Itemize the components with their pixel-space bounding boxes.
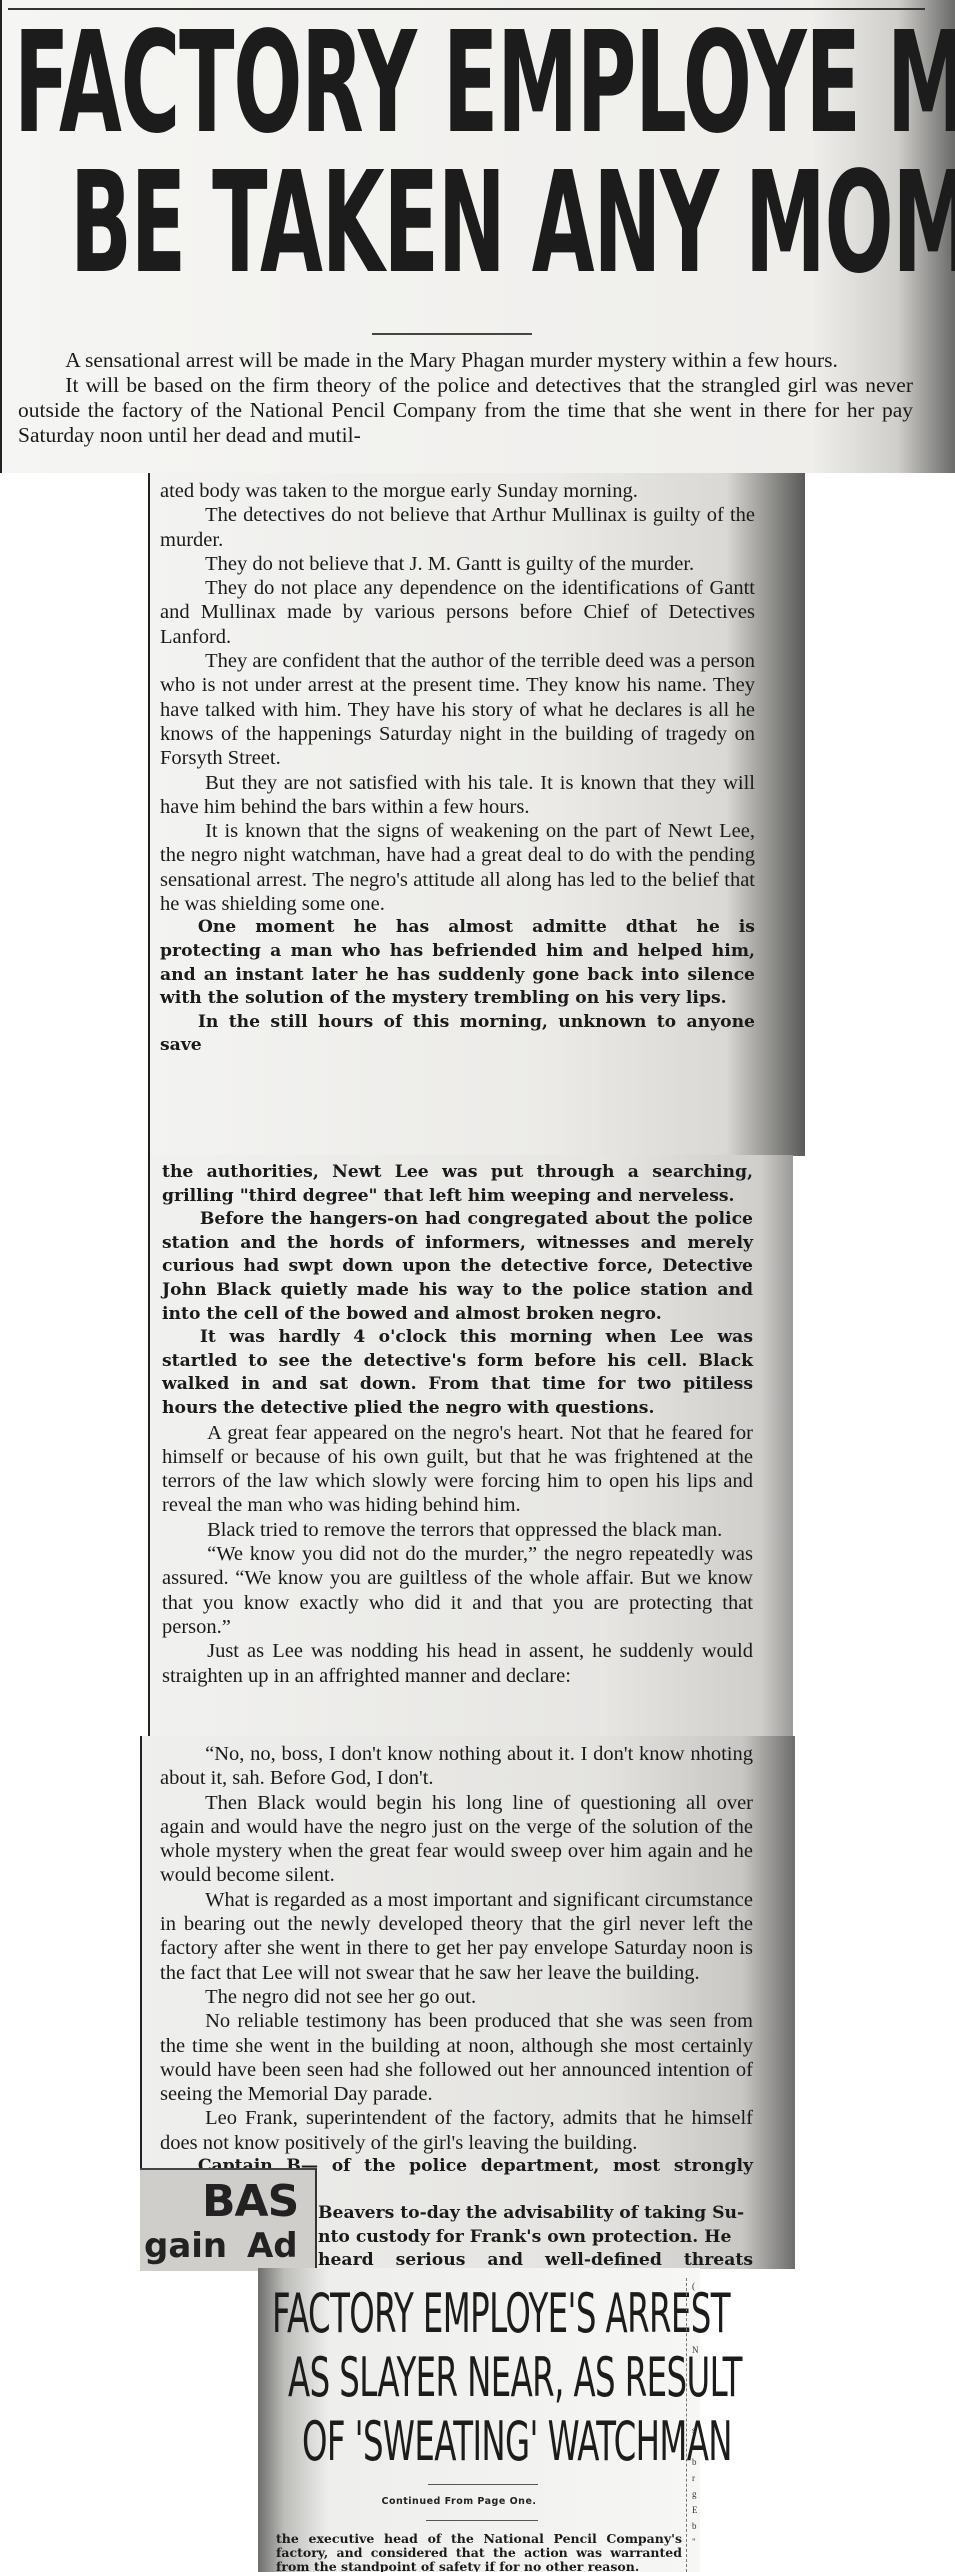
clipping-continued: FACTORY EMPLOYE'S ARREST AS SLAYER NEAR,… bbox=[258, 2268, 700, 2572]
paragraph-bold-line: Beavers to-day the advisability of takin… bbox=[318, 2202, 753, 2226]
paragraph-bold: It was hardly 4 o'clock this morning whe… bbox=[162, 1326, 753, 1420]
paragraph: Just as Lee was nodding his head in asse… bbox=[162, 1639, 753, 1688]
column-rule bbox=[686, 2278, 687, 2572]
headline-divider bbox=[372, 333, 532, 335]
overlapping-ad-fragment: BAS gain Ad in bbox=[140, 2168, 317, 2271]
continued-headline-line-1: FACTORY EMPLOYE'S ARREST bbox=[272, 2282, 735, 2346]
continued-label: Continued From Page One. bbox=[258, 2496, 660, 2507]
paragraph: No reliable testimony has been produced … bbox=[160, 2009, 753, 2106]
column-2-bold-text: One moment he has almost admitte dthat h… bbox=[160, 916, 755, 1058]
paragraph: Black tried to remove the terrors that o… bbox=[162, 1518, 753, 1542]
paragraph: It is known that the signs of weakening … bbox=[160, 819, 755, 916]
paragraph: “We know you did not do the murder,” the… bbox=[162, 1542, 753, 1639]
paragraph-bold: the executive head of the National Penci… bbox=[276, 2532, 682, 2572]
paragraph: Then Black would begin his long line of … bbox=[160, 1791, 753, 1888]
headline-line-2: BE TAKEN ANY MOMENT bbox=[70, 154, 955, 294]
continued-text: the executive head of the National Penci… bbox=[276, 2532, 682, 2572]
clipping-column-3: the authorities, Newt Lee was put throug… bbox=[148, 1155, 793, 1737]
column-3-text: A great fear appeared on the negro's hea… bbox=[162, 1421, 753, 1688]
lead-paragraphs: A sensational arrest will be made in the… bbox=[18, 348, 913, 448]
paragraph: What is regarded as a most important and… bbox=[160, 1888, 753, 1985]
continued-headline-line-3: OF 'SWEATING' WATCHMAN bbox=[302, 2410, 747, 2474]
paragraph: A great fear appeared on the negro's hea… bbox=[162, 1421, 753, 1518]
divider-rule bbox=[428, 2484, 538, 2485]
column-3-bold-text: the authorities, Newt Lee was put throug… bbox=[162, 1161, 753, 1421]
paragraph-bold: Before the hangers-on had congregated ab… bbox=[162, 1208, 753, 1326]
headline-line-1: FACTORY EMPLOYE MAY bbox=[14, 14, 955, 154]
clipping-column-2: ated body was taken to the morgue early … bbox=[148, 473, 805, 1156]
paragraph-bold-line: nto custody for Frank's own protection. … bbox=[318, 2226, 753, 2250]
adjacent-column-fragment: ( N s b r g E b " bbox=[692, 2278, 699, 2550]
paragraph-bold: One moment he has almost admitte dthat h… bbox=[160, 916, 755, 1010]
column-2-text: ated body was taken to the morgue early … bbox=[160, 479, 755, 916]
paragraph: They do not place any dependence on the … bbox=[160, 576, 755, 649]
paragraph: Leo Frank, superintendent of the factory… bbox=[160, 2106, 753, 2155]
clipping-main-headline: FACTORY EMPLOYE MAY BE TAKEN ANY MOMENT … bbox=[0, 0, 955, 473]
paragraph: They are confident that the author of th… bbox=[160, 649, 755, 770]
column-4-text: “No, no, boss, I don't know nothing abou… bbox=[160, 1742, 753, 2155]
paragraph: “No, no, boss, I don't know nothing abou… bbox=[160, 1742, 753, 1791]
divider-rule bbox=[426, 2520, 538, 2521]
paragraph: The negro did not see her go out. bbox=[160, 1985, 753, 2009]
paragraph: But they are not satisfied with his tale… bbox=[160, 771, 755, 820]
paragraph: The detectives do not believe that Arthu… bbox=[160, 503, 755, 552]
paragraph: It will be based on the firm theory of t… bbox=[18, 373, 913, 448]
paragraph: They do not believe that J. M. Gantt is … bbox=[160, 552, 755, 576]
clipping-column-4: “No, no, boss, I don't know nothing abou… bbox=[140, 1736, 795, 2269]
continued-headline-line-2: AS SLAYER NEAR, AS RESULT bbox=[288, 2346, 742, 2410]
paragraph: ated body was taken to the morgue early … bbox=[160, 479, 755, 503]
continued-headline: FACTORY EMPLOYE'S ARREST AS SLAYER NEAR,… bbox=[272, 2282, 955, 2474]
paragraph-bold: In the still hours of this morning, unkn… bbox=[160, 1011, 755, 1058]
ad-text-small: gain Ad in bbox=[144, 2226, 315, 2271]
ad-text-large: BAS bbox=[202, 2176, 298, 2227]
paragraph: A sensational arrest will be made in the… bbox=[18, 348, 913, 373]
paragraph-bold: the authorities, Newt Lee was put throug… bbox=[162, 1161, 753, 1208]
